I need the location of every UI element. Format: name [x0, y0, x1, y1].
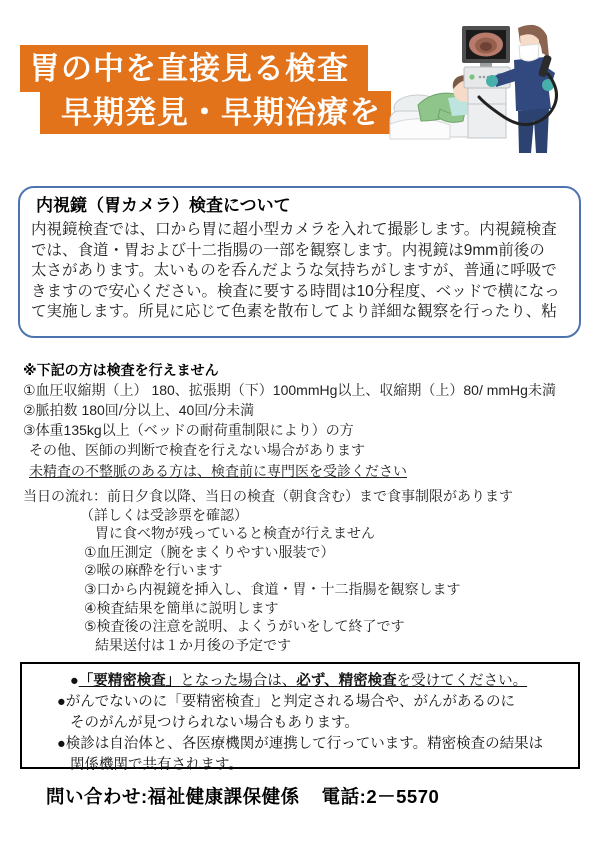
flow-step: （詳しくは受診票を確認） — [23, 506, 583, 525]
flow-step: 胃に食べ物が残っていると検査が行えません — [23, 524, 583, 543]
info-box-body: 内視鏡検査では、口から胃に超小型カメラを入れて撮影します。内視鏡検査 では、食道… — [31, 220, 567, 323]
precautions-box: ●「要精密検査」となった場合は、必ず、精密検査を受けてください。 ●がんでないの… — [20, 662, 580, 769]
precaution-line: ●がんでないのに「要精密検査」と判定される場合や、がんがあるのに — [22, 692, 578, 713]
exclusion-item: ③体重135kg以上（ベッドの耐荷重制限により）の方 — [23, 420, 583, 440]
contact-phone: 電話:2－5570 — [322, 786, 440, 807]
precaution-line: 関係機関で共有されます。 — [22, 755, 578, 776]
info-box: 内視鏡（胃カメラ）検査について 内視鏡検査では、口から胃に超小型カメラを入れて撮… — [18, 186, 581, 338]
endoscopy-illustration — [388, 12, 588, 160]
header-title-line1: 胃の中を直接見る検査 — [20, 45, 368, 92]
info-box-title: 内視鏡（胃カメラ）検査について — [31, 195, 567, 217]
bullet-icon: ● — [70, 673, 79, 689]
exclusion-item: ①血圧収縮期（上） 180、拡張期（下）100mmHg以上、収縮期（上）80/ … — [23, 380, 583, 400]
flow-intro: 当日の流れ：前日夕食以降、当日の検査（朝食含む）まで食事制限があります — [23, 487, 583, 506]
precaution-line: ●検診は自治体と、各医療機関が連携して行っています。精密検査の結果は — [22, 734, 578, 755]
exclusion-section: ※下記の方は検査を行えません ①血圧収縮期（上） 180、拡張期（下）100mm… — [23, 360, 583, 481]
header-title-line2-text: 早期発見・早期治療を — [61, 95, 381, 130]
flow-section: 当日の流れ：前日夕食以降、当日の検査（朝食含む）まで食事制限があります （詳しく… — [23, 487, 583, 654]
exclusion-item: ②脈拍数 180回/分以上、40回/分未満 — [23, 400, 583, 420]
flow-step: ③口から内視鏡を挿入し、食道・胃・十二指腸を観察します — [23, 580, 583, 599]
flow-step: ②喉の麻酔を行います — [23, 561, 583, 580]
flow-step: ⑤検査後の注意を説明、よくうがいをして終了です — [23, 617, 583, 636]
precaution-line: ●「要精密検査」となった場合は、必ず、精密検査を受けてください。 — [22, 671, 578, 692]
exclusion-warning: 未精査の不整脈のある方は、検査前に専門医を受診ください — [23, 461, 583, 481]
exclusion-heading: ※下記の方は検査を行えません — [23, 360, 583, 380]
flyer-page: 胃の中を直接見る検査 早期発見・早期治療を — [0, 0, 600, 866]
precaution-line: そのがんが見つけられない場合もあります。 — [22, 713, 578, 734]
header-title-line2: 早期発見・早期治療を — [40, 91, 391, 134]
contact-line: 問い合わせ:福祉健康課保健係電話:2－5570 — [46, 783, 439, 809]
header-title-line1-text: 胃の中を直接見る検査 — [29, 51, 349, 86]
exclusion-note: その他、医師の判断で検査を行えない場合があります — [23, 440, 583, 460]
contact-label: 問い合わせ:福祉健康課保健係 — [46, 786, 300, 807]
flow-step: ①血圧測定（腕をまくりやすい服装で） — [23, 543, 583, 562]
flow-step: ④検査結果を簡単に説明します — [23, 599, 583, 618]
flow-step: 結果送付は１か月後の予定です — [23, 636, 583, 655]
